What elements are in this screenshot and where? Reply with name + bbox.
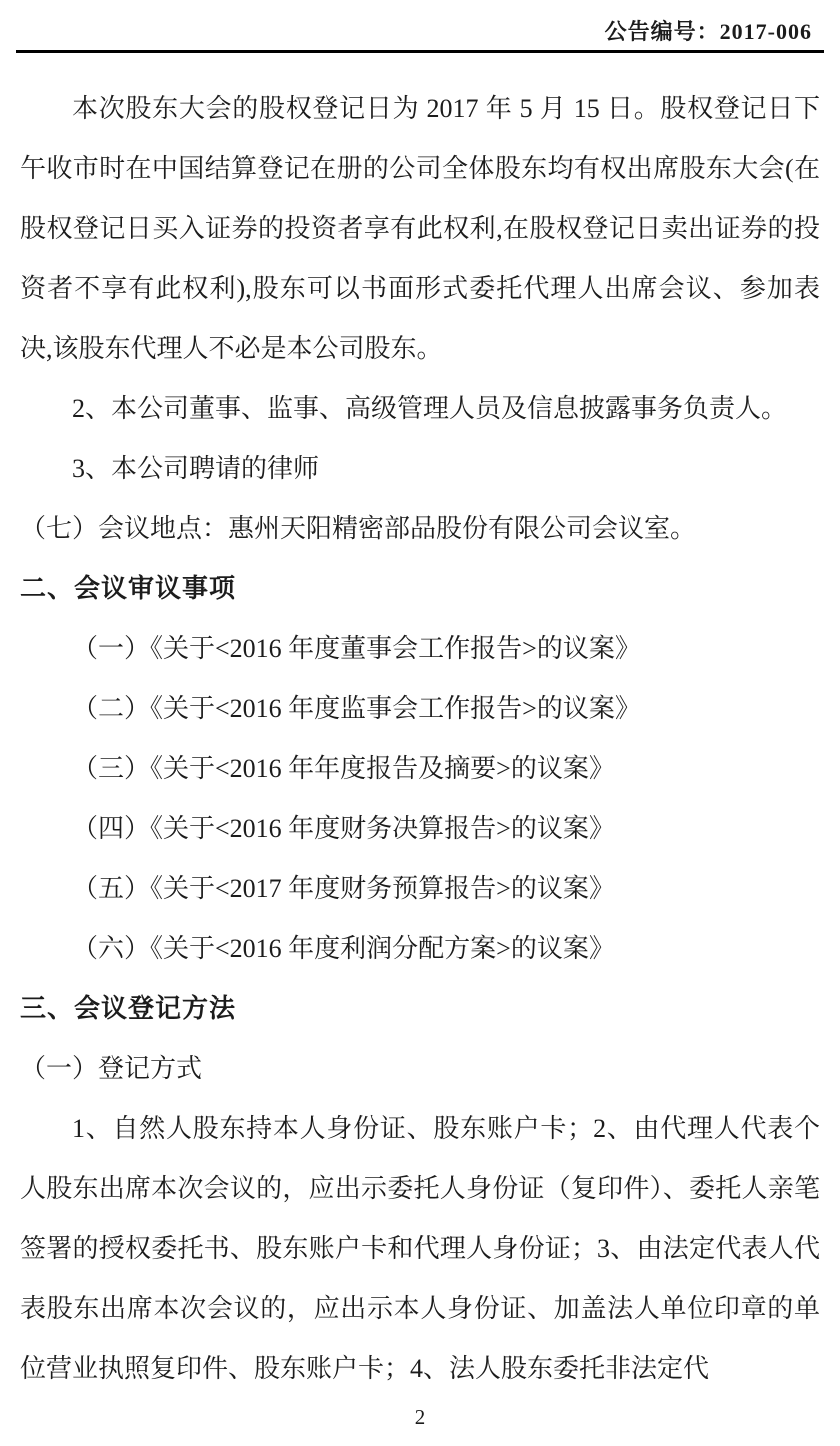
section-heading-review-matters: 二、会议审议事项 <box>20 559 820 619</box>
paragraph-record-date: 本次股东大会的股权登记日为 2017 年 5 月 15 日。股权登记日下午收市时… <box>20 79 820 379</box>
page-number: 2 <box>415 1405 426 1429</box>
proposal-item-6: （六）《关于<2016 年度利润分配方案>的议案》 <box>20 919 820 979</box>
proposal-item-3: （三）《关于<2016 年年度报告及摘要>的议案》 <box>20 739 820 799</box>
document-body: 本次股东大会的股权登记日为 2017 年 5 月 15 日。股权登记日下午收市时… <box>20 79 820 1399</box>
document-page: 公告编号：2017-006 本次股东大会的股权登记日为 2017 年 5 月 1… <box>0 0 840 1446</box>
attendee-item-3: 3、本公司聘请的律师 <box>20 439 820 499</box>
attendee-item-2: 2、本公司董事、监事、高级管理人员及信息披露事务负责人。 <box>20 379 820 439</box>
proposal-item-4: （四）《关于<2016 年度财务决算报告>的议案》 <box>20 799 820 859</box>
header-divider <box>16 50 824 53</box>
paragraph-registration-method: 1、自然人股东持本人身份证、股东账户卡；2、由代理人代表个人股东出席本次会议的，… <box>20 1099 820 1399</box>
proposal-item-2: （二）《关于<2016 年度监事会工作报告>的议案》 <box>20 679 820 739</box>
announcement-number: 公告编号：2017-006 <box>605 19 812 44</box>
section-heading-registration-method: 三、会议登记方法 <box>20 979 820 1039</box>
page-footer: 2 <box>0 1405 840 1430</box>
meeting-location-item: （七）会议地点：惠州天阳精密部品股份有限公司会议室。 <box>20 499 820 559</box>
proposal-item-1: （一）《关于<2016 年度董事会工作报告>的议案》 <box>20 619 820 679</box>
page-header: 公告编号：2017-006 <box>0 0 840 50</box>
proposal-item-5: （五）《关于<2017 年度财务预算报告>的议案》 <box>20 859 820 919</box>
subsection-heading-registration-way: （一）登记方式 <box>20 1039 820 1099</box>
